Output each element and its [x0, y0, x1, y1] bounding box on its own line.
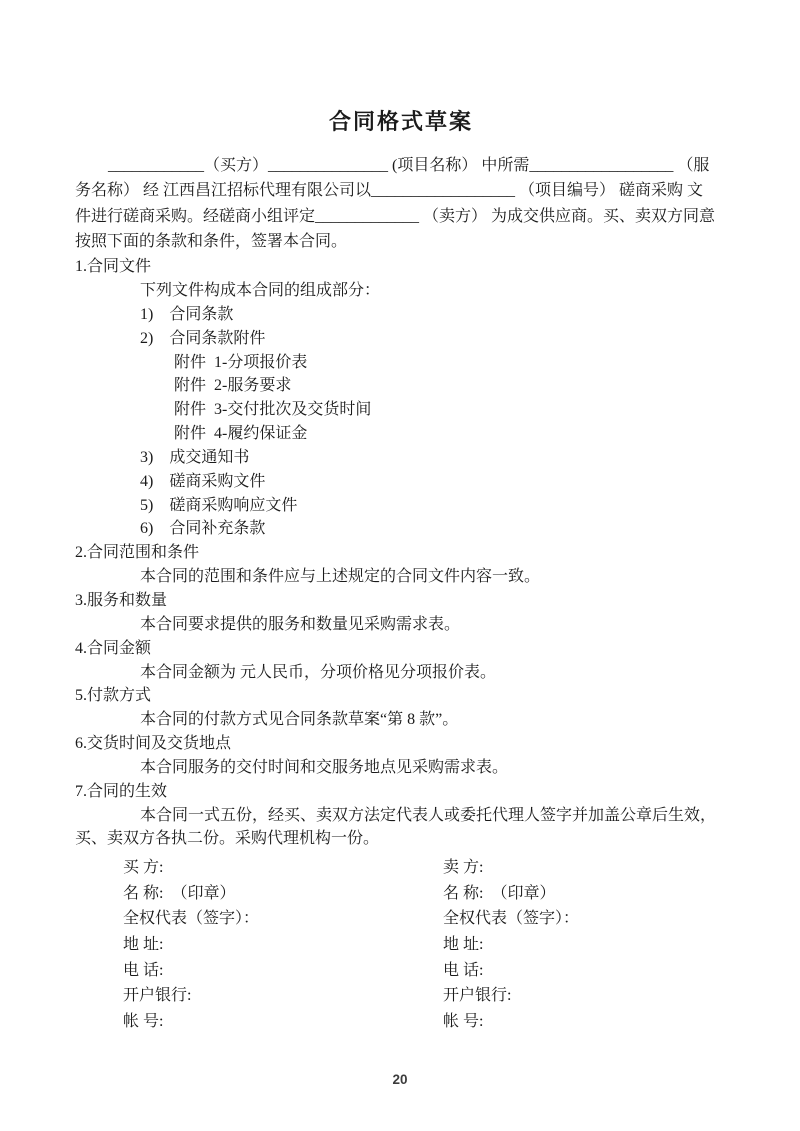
buyer-field-label: 电 话:	[123, 958, 395, 984]
buyer-role-label: 买 方:	[123, 855, 395, 881]
seller-field-label: 开户银行:	[443, 983, 715, 1009]
intro-paragraph: ____________（买方）_______________ (项目名称） 中…	[75, 153, 727, 254]
section-line: 6) 合同补充条款	[75, 517, 727, 541]
buyer-column: 买 方:名 称: （印章）全权代表（签字）：地 址:电 话:开户银行:帐 号:	[75, 855, 395, 1034]
section-heading: 6.交货时间及交货地点	[75, 732, 727, 756]
document-content: 合同格式草案 ____________（买方）_______________ (…	[0, 0, 800, 1034]
section-line: 下列文件构成本合同的组成部分：	[75, 279, 727, 303]
section-line: 买、卖双方各执二份。采购代理机构一份。	[75, 827, 727, 851]
section-heading: 4.合同金额	[75, 637, 727, 661]
section-line: 附件 2-服务要求	[75, 374, 727, 398]
section-line: 本合同一式五份，经买、卖双方法定代表人或委托代理人签字并加盖公章后生效，	[75, 804, 727, 828]
section-line: 本合同要求提供的服务和数量见采购需求表。	[75, 613, 727, 637]
document-title: 合同格式草案	[75, 0, 727, 135]
section-heading: 7.合同的生效	[75, 780, 727, 804]
section-line: 本合同的范围和条件应与上述规定的合同文件内容一致。	[75, 565, 727, 589]
buyer-field-label: 全权代表（签字）：	[123, 906, 395, 932]
seller-field-label: 帐 号:	[443, 1009, 715, 1035]
section-line: 5) 磋商采购响应文件	[75, 494, 727, 518]
buyer-field-label: 名 称: （印章）	[123, 881, 395, 907]
seller-field-label: 电 话:	[443, 958, 715, 984]
section-heading: 1.合同文件	[75, 255, 727, 279]
section-line: 本合同服务的交付时间和交服务地点见采购需求表。	[75, 756, 727, 780]
intro-line: 务名称） 经 江西昌江招标代理有限公司以__________________ （…	[75, 178, 727, 203]
buyer-field-label: 帐 号:	[123, 1009, 395, 1035]
section-heading: 5.付款方式	[75, 684, 727, 708]
seller-role-label: 卖 方:	[443, 855, 715, 881]
seller-column: 卖 方:名 称: （印章）全权代表（签字）：地 址:电 话:开户银行:帐 号:	[395, 855, 715, 1034]
section-line: 4) 磋商采购文件	[75, 470, 727, 494]
intro-line: ____________（买方）_______________ (项目名称） 中…	[75, 153, 727, 178]
seller-field-label: 地 址:	[443, 932, 715, 958]
section-heading: 2.合同范围和条件	[75, 541, 727, 565]
contract-sections: 1.合同文件下列文件构成本合同的组成部分：1) 合同条款2) 合同条款附件附件 …	[75, 255, 727, 851]
intro-line: 按照下面的条款和条件，签署本合同。	[75, 229, 727, 254]
section-line: 3) 成交通知书	[75, 446, 727, 470]
section-line: 本合同的付款方式见合同条款草案“第 8 款”。	[75, 708, 727, 732]
section-line: 1) 合同条款	[75, 303, 727, 327]
intro-line: 件进行磋商采购。经磋商小组评定_____________ （卖方） 为成交供应商…	[75, 204, 727, 229]
page-number: 20	[0, 1072, 800, 1087]
seller-field-label: 全权代表（签字）：	[443, 906, 715, 932]
section-line: 附件 1-分项报价表	[75, 351, 727, 375]
section-line: 附件 3-交付批次及交货时间	[75, 398, 727, 422]
section-heading: 3.服务和数量	[75, 589, 727, 613]
document-page: 合同格式草案 ____________（买方）_______________ (…	[0, 0, 800, 1131]
section-line: 2) 合同条款附件	[75, 327, 727, 351]
section-line: 附件 4-履约保证金	[75, 422, 727, 446]
section-line: 本合同金额为 元人民币，分项价格见分项报价表。	[75, 661, 727, 685]
signature-block: 买 方:名 称: （印章）全权代表（签字）：地 址:电 话:开户银行:帐 号: …	[75, 855, 727, 1034]
buyer-field-label: 地 址:	[123, 932, 395, 958]
seller-field-label: 名 称: （印章）	[443, 881, 715, 907]
buyer-field-label: 开户银行:	[123, 983, 395, 1009]
